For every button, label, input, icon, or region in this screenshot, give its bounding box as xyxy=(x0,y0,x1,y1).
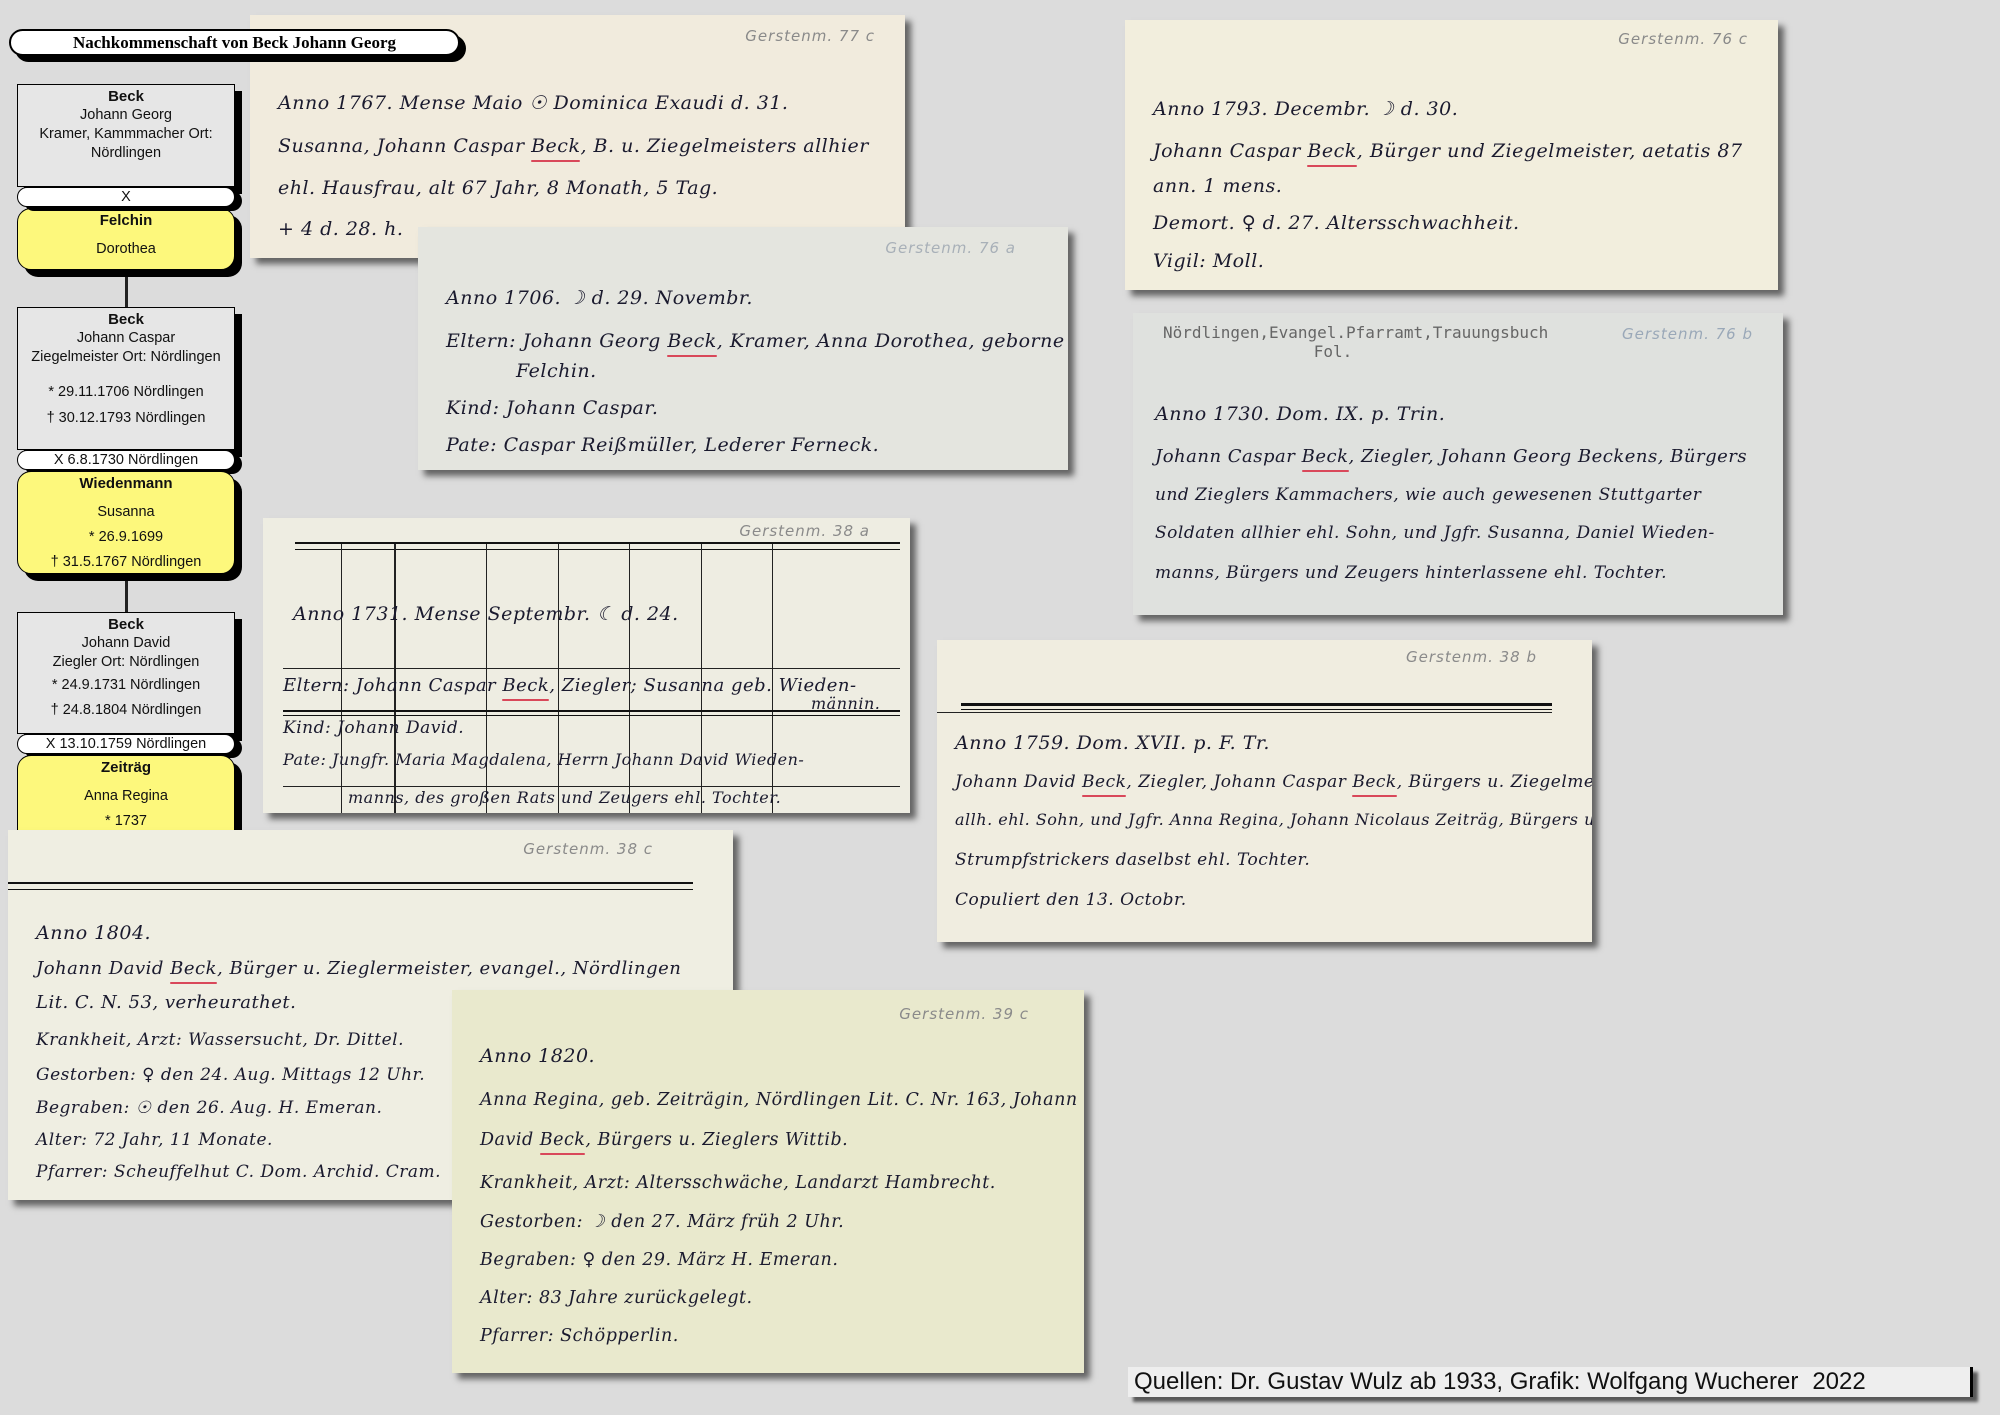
card-line: Soldaten allhier ehl. Sohn, und Jgfr. Su… xyxy=(1155,523,1715,543)
card-signature: Gerstenm. 76 b xyxy=(1622,325,1753,343)
card-line: Susanna, Johann Caspar Beck, B. u. Ziege… xyxy=(278,135,869,157)
card-line: ann. 1 mens. xyxy=(1153,175,1282,197)
card-line: Vigil: Moll. xyxy=(1153,250,1264,272)
card-line: Eltern: Johann Georg Beck, Kramer, Anna … xyxy=(446,330,1065,352)
highlighted-name: Beck xyxy=(1307,140,1356,162)
record-card-76c: Gerstenm. 76 c Anno 1793. Decembr. ☽ d. … xyxy=(1125,20,1778,290)
card-line: Kind: Johann Caspar. xyxy=(446,397,658,419)
card-line: Anno 1730. Dom. IX. p. Trin. xyxy=(1155,403,1445,425)
marriage-label: X xyxy=(17,187,235,207)
card-line: männin. xyxy=(811,694,880,713)
card-line: Krankheit, Arzt: Wassersucht, Dr. Dittel… xyxy=(36,1030,404,1050)
highlighted-name: Beck xyxy=(170,958,217,979)
card-signature: Gerstenm. 38 b xyxy=(1406,648,1537,666)
highlighted-name: Beck xyxy=(667,330,716,352)
card-line: Gestorben: ♀ den 24. Aug. Mittags 12 Uhr… xyxy=(36,1065,425,1085)
card-line: Anno 1793. Decembr. ☽ d. 30. xyxy=(1153,98,1458,120)
card-line: Anna Regina, geb. Zeiträgin, Nördlingen … xyxy=(480,1090,1078,1110)
highlighted-name: Beck xyxy=(1352,772,1396,792)
card-line: Eltern: Johann Caspar Beck, Ziegler; Sus… xyxy=(283,675,857,696)
card-line: Anno 1804. xyxy=(36,922,151,944)
marriage-label: X 6.8.1730 Nördlingen xyxy=(17,450,235,470)
tree-connector xyxy=(125,277,128,307)
card-line: Felchin. xyxy=(516,360,597,382)
highlighted-name: Beck xyxy=(1082,772,1126,792)
card-line: Johann David Beck, Ziegler, Johann Caspa… xyxy=(955,772,1592,792)
record-card-76a: Gerstenm. 76 a Anno 1706. ☽ d. 29. Novem… xyxy=(418,227,1068,470)
record-card-38a: Gerstenm. 38 a Anno 1731. Mense Septembr… xyxy=(263,518,910,813)
highlighted-name: Beck xyxy=(502,675,549,696)
card-line: Anno 1759. Dom. XVII. p. F. Tr. xyxy=(955,732,1270,754)
card-line: ehl. Hausfrau, alt 67 Jahr, 8 Monath, 5 … xyxy=(278,177,718,199)
card-line: Johann David Beck, Bürger u. Zieglermeis… xyxy=(36,958,681,979)
card-line: Johann Caspar Beck, Bürger und Ziegelmei… xyxy=(1153,140,1743,162)
card-line: allh. ehl. Sohn, und Jgfr. Anna Regina, … xyxy=(955,810,1592,829)
person-box-johann-caspar[interactable]: Beck Johann Caspar Ziegelmeister Ort: Nö… xyxy=(17,307,235,450)
credits-text: Quellen: Dr. Gustav Wulz ab 1933, Grafik… xyxy=(1134,1368,1798,1396)
card-signature: Gerstenm. 77 c xyxy=(745,27,875,45)
credits-year: 2022 xyxy=(1812,1368,1865,1396)
record-card-39c: Gerstenm. 39 c Anno 1820. Anna Regina, g… xyxy=(452,990,1084,1373)
spouse-box-felchin[interactable]: Felchin Dorothea xyxy=(17,208,235,270)
card-line: Copuliert den 13. Octobr. xyxy=(955,890,1187,910)
highlighted-name: Beck xyxy=(540,1130,586,1150)
card-signature: Gerstenm. 39 c xyxy=(899,1005,1029,1023)
card-line: Lit. C. N. 53, verheurathet. xyxy=(36,992,296,1013)
person-box-johann-david[interactable]: Beck Johann David Ziegler Ort: Nördlinge… xyxy=(17,612,235,734)
credits-bar: Quellen: Dr. Gustav Wulz ab 1933, Grafik… xyxy=(1128,1367,1973,1397)
card-line: Begraben: ☉ den 26. Aug. H. Emeran. xyxy=(36,1098,382,1118)
card-line: Strumpfstrickers daselbst ehl. Tochter. xyxy=(955,850,1310,870)
person-box-johann-georg[interactable]: Beck Johann Georg Kramer, Kammmacher Ort… xyxy=(17,84,235,187)
record-card-38b: Gerstenm. 38 b Anno 1759. Dom. XVII. p. … xyxy=(937,640,1592,942)
card-signature: Gerstenm. 76 a xyxy=(885,239,1016,257)
card-line: David Beck, Bürgers u. Zieglers Wittib. xyxy=(480,1130,848,1150)
spouse-box-wiedenmann[interactable]: Wiedenmann Susanna * 26.9.1699 † 31.5.17… xyxy=(17,471,235,574)
card-signature: Gerstenm. 38 c xyxy=(523,840,653,858)
tree-connector xyxy=(125,581,128,612)
card-line: Demort. ♀ d. 27. Altersschwachheit. xyxy=(1153,212,1520,234)
card-line: manns, Bürgers und Zeugers hinterlassene… xyxy=(1155,563,1667,583)
card-line: Kind: Johann David. xyxy=(283,718,464,738)
card-line: Pfarrer: Schöpperlin. xyxy=(480,1326,679,1346)
typed-header: Nördlingen,Evangel.Pfarramt,Trauungsbuch… xyxy=(1163,323,1503,361)
card-line: Krankheit, Arzt: Altersschwäche, Landarz… xyxy=(480,1173,996,1193)
card-line: manns, des großen Rats und Zeugers ehl. … xyxy=(348,788,781,807)
card-line: Anno 1706. ☽ d. 29. Novembr. xyxy=(446,287,753,309)
card-line: Johann Caspar Beck, Ziegler, Johann Geor… xyxy=(1155,446,1747,467)
card-line: Alter: 72 Jahr, 11 Monate. xyxy=(36,1130,273,1150)
card-line: Alter: 83 Jahre zurückgelegt. xyxy=(480,1288,753,1308)
card-line: Begraben: ♀ den 29. März H. Emeran. xyxy=(480,1250,838,1270)
card-line: und Zieglers Kammachers, wie auch gewese… xyxy=(1155,485,1701,505)
record-card-76b: Gerstenm. 76 b Nördlingen,Evangel.Pfarra… xyxy=(1133,313,1783,615)
card-line: Anno 1820. xyxy=(480,1045,595,1067)
card-line: Gestorben: ☽ den 27. März früh 2 Uhr. xyxy=(480,1212,844,1232)
card-line: Anno 1731. Mense Septembr. ☾ d. 24. xyxy=(293,603,679,625)
highlighted-name: Beck xyxy=(1302,446,1349,467)
card-line: + 4 d. 28. h. xyxy=(278,218,403,240)
card-line: Anno 1767. Mense Maio ☉ Dominica Exaudi … xyxy=(278,92,788,114)
card-signature: Gerstenm. 76 c xyxy=(1618,30,1748,48)
page-title: Nachkommenschaft von Beck Johann Georg xyxy=(9,29,460,56)
card-signature: Gerstenm. 38 a xyxy=(739,522,870,540)
card-line: Pate: Caspar Reißmüller, Lederer Ferneck… xyxy=(446,434,879,456)
card-line: Pfarrer: Scheuffelhut C. Dom. Archid. Cr… xyxy=(36,1162,441,1182)
marriage-label: X 13.10.1759 Nördlingen xyxy=(17,734,235,754)
card-line: Pate: Jungfr. Maria Magdalena, Herrn Joh… xyxy=(283,750,804,769)
highlighted-name: Beck xyxy=(531,135,580,157)
